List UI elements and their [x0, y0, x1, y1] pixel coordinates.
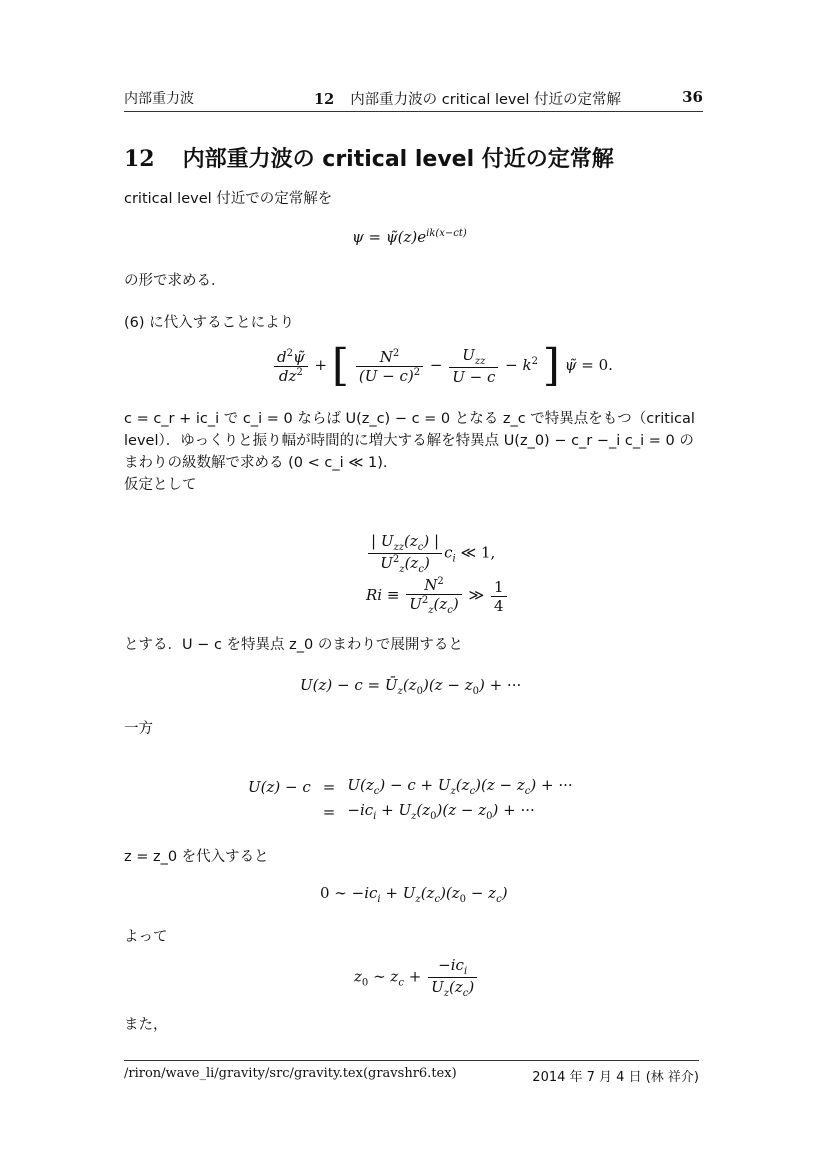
- paragraph-line: まわりの級数解で求める (0 < c_i ≪ 1).: [124, 452, 703, 474]
- equation-z0-result: z0 ∼ zc + −iciUz(zc): [354, 956, 479, 999]
- paragraph-text: z = z_0 を代入すると: [124, 849, 269, 865]
- header-chapter: 内部重力波: [124, 88, 194, 108]
- paragraph-text: とする．U − c を特異点 z_0 のまわりで展開すると: [124, 637, 463, 653]
- paragraph-text: の形で求める．: [124, 273, 226, 289]
- paragraph-substitute-z0: z = z_0 を代入すると: [124, 846, 269, 868]
- footer-date-author: 2014 年 7 月 4 日 (林 祥介): [532, 1066, 699, 1085]
- header-section-number: 12: [314, 91, 334, 108]
- paragraph-text: よって: [124, 929, 168, 945]
- section-number: 12: [124, 146, 155, 172]
- equation-assumption-1: | Uzz(zc) |U2z(zc)ci ≪ 1,: [366, 532, 495, 575]
- section-title-text: 内部重力波の critical level 付近の定常解: [183, 147, 614, 172]
- equation-richardson: Ri ≡ N2U2z(zc) ≫ 14: [366, 576, 509, 616]
- paragraph-substitute: (6) に代入することにより: [124, 312, 294, 334]
- paragraph-text: また，: [124, 1017, 168, 1033]
- paragraph-line: level）．ゆっくりと振り幅が時間的に増大する解を特異点 U(z_0) − c…: [124, 430, 703, 452]
- paragraph-singularity: c = c_r + ic_i で c_i = 0 ならば U(z_c) − c …: [124, 408, 703, 496]
- equation-wave-form: ψ = ψ̃(z)eik(x−ct): [352, 228, 467, 246]
- footer-source-path: /riron/wave_li/gravity/src/gravity.tex(g…: [124, 1066, 457, 1081]
- equation-aligned-expansion: U(z) − c = U(zc) − c + Uz(zc)(z − zc) + …: [242, 774, 579, 824]
- paragraph-on-the-other-hand: 一方: [124, 718, 153, 740]
- equation-zero-approx: 0 ∼ −ici + Uz(zc)(z0 − zc): [320, 884, 508, 905]
- paragraph-also: また，: [124, 1014, 168, 1036]
- header-section: 12内部重力波の critical level 付近の定常解: [314, 88, 621, 109]
- paragraph-line: c = c_r + ic_i で c_i = 0 ならば U(z_c) − c …: [124, 408, 703, 430]
- paragraph-text: critical level 付近での定常解を: [124, 191, 332, 207]
- paragraph-line: 仮定として: [124, 474, 703, 496]
- section-title: 12内部重力波の critical level 付近の定常解: [124, 142, 614, 173]
- page-footer: /riron/wave_li/gravity/src/gravity.tex(g…: [124, 1066, 703, 1081]
- paragraph-text: (6) に代入することにより: [124, 315, 294, 331]
- paragraph-therefore: よって: [124, 926, 168, 948]
- running-header: 内部重力波 12内部重力波の critical level 付近の定常解 36: [124, 88, 703, 110]
- paragraph-text: 一方: [124, 721, 153, 737]
- paragraph-form: の形で求める．: [124, 270, 226, 292]
- header-section-title: 内部重力波の critical level 付近の定常解: [350, 92, 621, 108]
- equation-expansion: U(z) − c = Ūz(z0)(z − z0) + ···: [300, 676, 521, 697]
- paragraph-expand: とする．U − c を特異点 z_0 のまわりで展開すると: [124, 634, 463, 656]
- page-number: 36: [682, 88, 703, 106]
- header-rule: [124, 111, 703, 112]
- paragraph-intro: critical level 付近での定常解を: [124, 188, 332, 210]
- equation-taylor-goldstein: d2ψ̃dz2 + [ N2(U − c)2 − UzzU − c − k2 ]…: [272, 344, 613, 388]
- footer-rule: [124, 1060, 699, 1061]
